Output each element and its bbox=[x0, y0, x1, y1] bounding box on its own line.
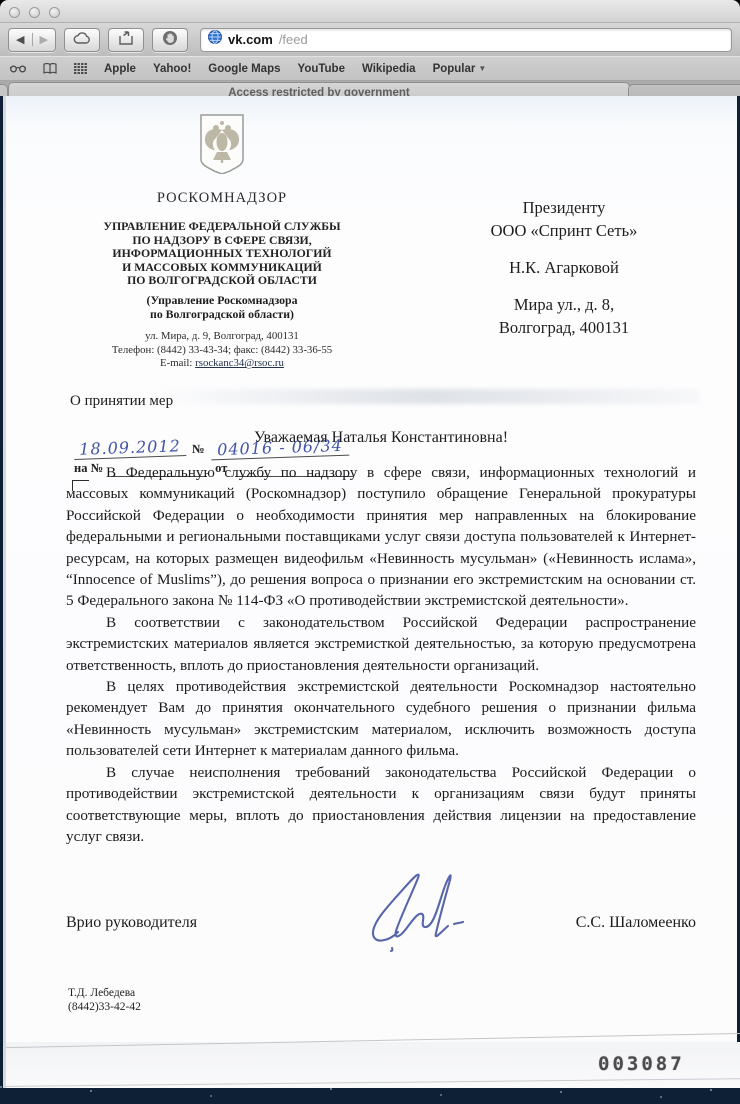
url-host: vk.com bbox=[228, 32, 273, 47]
signer-name: С.С. Шаломеенко bbox=[576, 914, 696, 932]
share-button[interactable] bbox=[108, 28, 144, 52]
share-icon bbox=[119, 31, 133, 48]
browser-toolbar: ◀ ▶ vk.com/feed bbox=[0, 23, 740, 56]
scanned-letter: РОСКОМНАДЗОР УПРАВЛЕНИЕ ФЕДЕРАЛЬНОЙ СЛУЖ… bbox=[3, 96, 737, 1088]
org-contacts: ул. Мира, д. 9, Волгоград, 400131 Телефо… bbox=[64, 330, 380, 371]
paragraph: В случае неисполнения требований законод… bbox=[66, 762, 696, 848]
executor-block: Т.Д. Лебедева (8442)33-42-42 bbox=[68, 986, 141, 1014]
bookmark-item-wikipedia[interactable]: Wikipedia bbox=[362, 63, 416, 75]
recipient-line: Н.К. Агарковой bbox=[414, 256, 714, 279]
site-favicon-globe-icon bbox=[208, 30, 222, 49]
cloud-icon bbox=[73, 32, 91, 47]
agency-name: РОСКОМНАДЗОР bbox=[64, 190, 380, 207]
org-name: УПРАВЛЕНИЕ ФЕДЕРАЛЬНОЙ СЛУЖБЫ ПО НАДЗОРУ… bbox=[64, 220, 380, 288]
bookmarks-book-icon[interactable] bbox=[43, 63, 57, 74]
recipient-line: Президенту bbox=[414, 196, 714, 219]
executor-name: Т.Д. Лебедева bbox=[68, 986, 141, 1000]
minimize-button[interactable] bbox=[29, 7, 40, 18]
page-content: РОСКОМНАДЗОР УПРАВЛЕНИЕ ФЕДЕРАЛЬНОЙ СЛУЖ… bbox=[0, 96, 740, 1104]
executor-phone: (8442)33-42-42 bbox=[68, 1000, 141, 1014]
top-sites-grid-icon[interactable] bbox=[74, 63, 87, 74]
subject-line: О принятии мер bbox=[70, 393, 173, 410]
page-background-stars bbox=[0, 1086, 740, 1104]
browser-window: ◀ ▶ vk.com/feed bbox=[0, 0, 740, 1104]
bookmark-item-yahoo[interactable]: Yahoo! bbox=[153, 63, 191, 75]
close-button[interactable] bbox=[9, 7, 20, 18]
coat-of-arms-icon bbox=[198, 114, 246, 174]
forward-button[interactable]: ▶ bbox=[33, 33, 56, 46]
paragraph: В целях противодействия экстремистской д… bbox=[66, 676, 696, 762]
recipient-line: Волгоград, 400131 bbox=[414, 316, 714, 339]
email-link[interactable]: rsockanc34@rsoc.ru bbox=[195, 357, 284, 369]
chevron-down-icon: ▼ bbox=[478, 64, 486, 73]
letter-body: В Федеральную службу по надзору в сфере … bbox=[66, 462, 696, 847]
letterhead-org-block: РОСКОМНАДЗОР УПРАВЛЕНИЕ ФЕДЕРАЛЬНОЙ СЛУЖ… bbox=[64, 106, 380, 371]
scan-artifact bbox=[156, 389, 701, 404]
signature-row: Врио руководителя С.С. Шаломеенко bbox=[66, 914, 696, 932]
paragraph: В соответствии с законодательством Росси… bbox=[66, 612, 696, 676]
extension-button[interactable] bbox=[152, 28, 188, 52]
zoom-button[interactable] bbox=[49, 7, 60, 18]
reading-list-glasses-icon[interactable] bbox=[10, 64, 26, 73]
popular-label: Popular bbox=[433, 63, 476, 75]
recipient-line: ООО «Спринт Сеть» bbox=[414, 219, 714, 242]
recipient-line: Мира ул., д. 8, bbox=[414, 293, 714, 316]
window-titlebar[interactable] bbox=[0, 0, 740, 23]
back-button[interactable]: ◀ bbox=[9, 33, 33, 46]
stamped-number: 003087 bbox=[598, 1053, 685, 1075]
bookmark-item-youtube[interactable]: YouTube bbox=[298, 63, 345, 75]
org-subname: (Управление Роскомнадзора по Волгоградск… bbox=[64, 294, 380, 321]
paragraph: В Федеральную службу по надзору в сфере … bbox=[66, 462, 696, 612]
salutation: Уважаемая Наталья Константиновна! bbox=[66, 429, 696, 447]
hand-icon bbox=[162, 30, 178, 49]
bookmark-folder-popular[interactable]: Popular ▼ bbox=[433, 63, 487, 75]
signer-title: Врио руководителя bbox=[66, 914, 197, 932]
bookmark-item-apple[interactable]: Apple bbox=[104, 63, 136, 75]
address-bar[interactable]: vk.com/feed bbox=[200, 28, 732, 52]
nav-buttons: ◀ ▶ bbox=[8, 28, 56, 52]
bookmarks-bar: Apple Yahoo! Google Maps YouTube Wikiped… bbox=[0, 56, 740, 81]
icloud-button[interactable] bbox=[64, 28, 100, 52]
bookmark-item-google-maps[interactable]: Google Maps bbox=[208, 63, 280, 75]
url-path: /feed bbox=[279, 32, 308, 47]
recipient-block: Президенту ООО «Спринт Сеть» Н.К. Агарко… bbox=[414, 196, 714, 339]
